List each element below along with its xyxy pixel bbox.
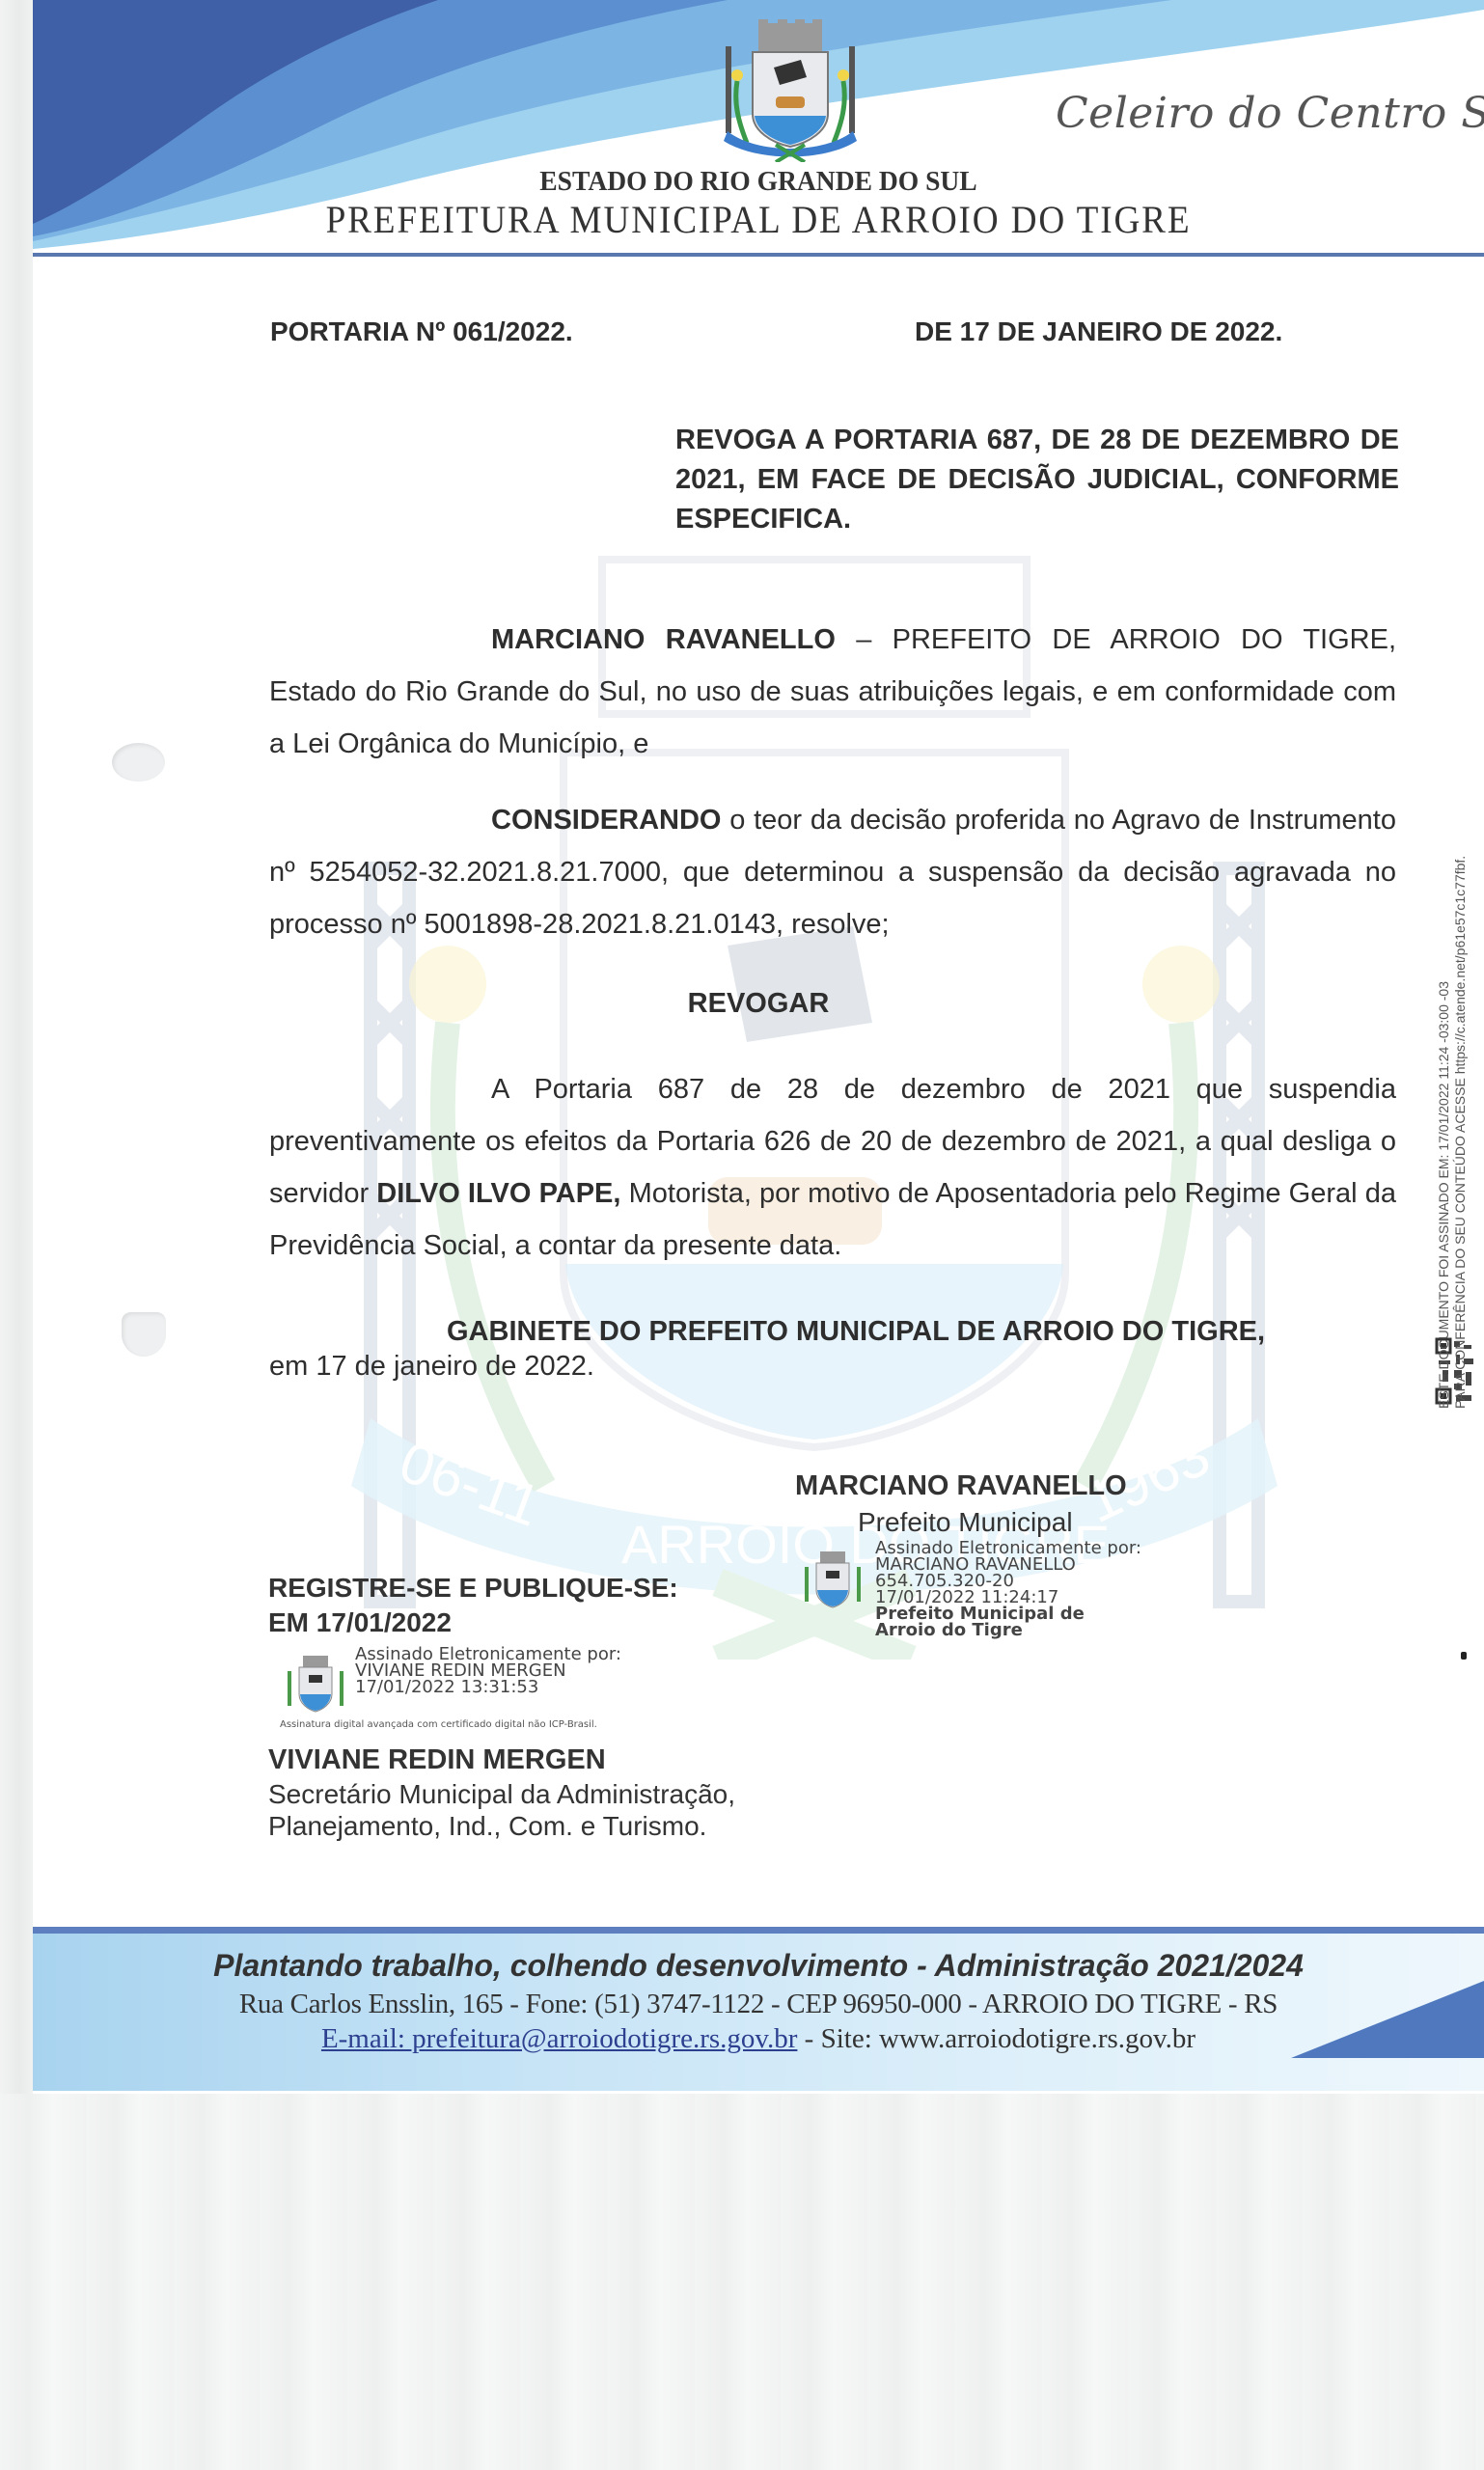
considerando-paragraph: CONSIDERANDO o teor da decisão proferida…	[269, 794, 1396, 950]
footer-contacts: E-mail: prefeitura@arroiodotigre.rs.gov.…	[33, 2023, 1484, 2055]
stamp-line-1: ESTE DOCUMENTO FOI ASSINADO EM: 17/01/20…	[1436, 714, 1452, 1409]
considerando-text: o teor da decisão proferida no Agravo de…	[269, 805, 1396, 940]
mayor-name-inline: MARCIANO RAVANELLO	[491, 624, 836, 655]
closing-paragraph: GABINETE DO PREFEITO MUNICIPAL DE ARROIO…	[269, 1314, 1396, 1384]
portaria-date: DE 17 DE JANEIRO DE 2022.	[915, 306, 1282, 358]
esig-timestamp: 17/01/2022 13:31:53	[355, 1679, 621, 1695]
esig-crest-icon	[284, 1652, 347, 1715]
email-link[interactable]: E-mail: prefeitura@arroiodotigre.rs.gov.…	[321, 2023, 797, 2054]
registry-line-1: REGISTRE-SE E PUBLIQUE-SE:	[268, 1571, 678, 1605]
site-text: - Site: www.arroiodotigre.rs.gov.br	[797, 2023, 1195, 2054]
secretary-role-line-2: Planejamento, Ind., Com. e Turismo.	[268, 1810, 735, 1842]
coat-of-arms-icon	[699, 17, 882, 162]
employee-name: DILVO ILVO PAPE,	[376, 1178, 620, 1209]
secretary-role: Secretário Municipal da Administração, P…	[268, 1778, 735, 1842]
header-divider	[33, 253, 1484, 257]
registry-note: REGISTRE-SE E PUBLIQUE-SE: EM 17/01/2022	[268, 1571, 678, 1640]
state-title: ESTADO DO RIO GRANDE DO SUL	[69, 166, 1448, 198]
considerando-label: CONSIDERANDO	[491, 805, 721, 836]
certificate-note: Assinatura digital avançada com certific…	[280, 1719, 666, 1730]
esig-org-2: Arroio do Tigre	[875, 1622, 1141, 1638]
footer-divider	[33, 1927, 1484, 1934]
resolution-paragraph: A Portaria 687 de 28 de dezembro de 2021…	[269, 1063, 1396, 1272]
footer-address: Rua Carlos Ensslin, 165 - Fone: (51) 374…	[33, 1989, 1484, 2020]
resolution-heading: REVOGAR	[33, 977, 1484, 1029]
ementa: REVOGA A PORTARIA 687, DE 28 DE DEZEMBRO…	[675, 421, 1399, 539]
mayor-electronic-signature: Assinado Eletronicamente por: MARCIANO R…	[875, 1540, 1141, 1638]
closing-office: GABINETE DO PREFEITO MUNICIPAL DE ARROIO…	[447, 1316, 1265, 1347]
esig-crest-icon	[801, 1548, 865, 1611]
mayor-signature-name: MARCIANO RAVANELLO	[795, 1470, 1127, 1502]
municipal-motto: Celeiro do Centro Serra	[1056, 89, 1484, 138]
preamble-paragraph: MARCIANO RAVANELLO – PREFEITO DE ARROIO …	[269, 614, 1396, 770]
punch-hole	[122, 1312, 166, 1357]
footer: Plantando trabalho, colhendo desenvolvim…	[33, 1927, 1484, 2091]
authentication-stamp: ESTE DOCUMENTO FOI ASSINADO EM: 17/01/20…	[1436, 714, 1480, 1409]
footer-slogan: Plantando trabalho, colhendo desenvolvim…	[33, 1948, 1484, 1984]
secretary-role-line-1: Secretário Municipal da Administração,	[268, 1778, 735, 1810]
punch-hole	[112, 743, 165, 782]
blank-scan-area	[0, 2094, 1484, 2470]
closing-date: em 17 de janeiro de 2022.	[269, 1351, 594, 1382]
scan-speck	[1461, 1652, 1467, 1660]
mayor-signature-role: Prefeito Municipal	[858, 1507, 1073, 1538]
secretary-electronic-signature: Assinado Eletronicamente por: VIVIANE RE…	[355, 1646, 621, 1695]
municipality-title: PREFEITURA MUNICIPAL DE ARROIO DO TIGRE	[84, 197, 1434, 242]
stamp-line-2: PARA CONFERÊNCIA DO SEU CONTEÚDO ACESSE …	[1452, 714, 1469, 1409]
portaria-number: PORTARIA Nº 061/2022.	[270, 306, 573, 358]
secretary-name: VIVIANE REDIN MERGEN	[268, 1744, 606, 1776]
document-page: Celeiro do Centro Serra ESTADO DO RIO GR…	[33, 0, 1484, 2094]
registry-line-2: EM 17/01/2022	[268, 1605, 678, 1640]
